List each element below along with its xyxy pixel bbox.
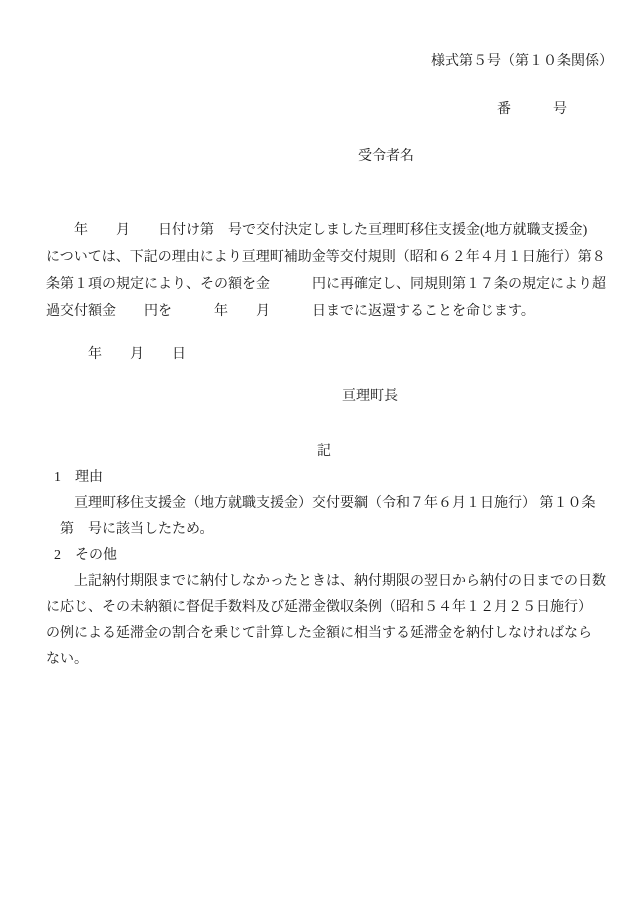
section-2-line-4: ない。 (0, 647, 630, 673)
document-page: 様式第５号（第１０条関係） 番 号 受令者名 年 月 日付け第 号で交付決定しま… (0, 0, 630, 903)
issuer-title: 亘理町長 (0, 383, 630, 410)
section-1-line-1: 亘理町移住支援金（地方就職支援金）交付要綱（令和７年６月１日施行） 第１０条 (0, 491, 630, 517)
section-2: 2 その他 上記納付期限までに納付しなかったときは、納付期限の翌日から納付の日ま… (0, 543, 630, 673)
section-2-title: 2 その他 (0, 543, 630, 569)
document-number-field: 番 号 (0, 96, 630, 123)
issue-date-line: 年 月 日 (0, 341, 630, 368)
spacer (0, 75, 630, 96)
section-2-line-3: の例による延滞金の割合を乗じて計算した金額に相当する延滞金を納付しなければなら (0, 621, 630, 647)
body-paragraph-line-1: 年 月 日付け第 号で交付決定しました亘理町移住支援金(地方就職支援金) (0, 217, 630, 244)
section-1: 1 理由 亘理町移住支援金（地方就職支援金）交付要綱（令和７年６月１日施行） 第… (0, 465, 630, 543)
recipient-name-label: 受令者名 (0, 143, 630, 170)
body-paragraph-line-3: 条第１項の規定により、その額を金 円に再確定し、同規則第１７条の規定により超 (0, 271, 630, 298)
body-paragraph-line-4: 過交付額金 円を 年 月 日までに返還することを命じます。 (0, 298, 630, 325)
section-1-title: 1 理由 (0, 465, 630, 491)
spacer (0, 410, 630, 438)
spacer (0, 325, 630, 341)
section-1-line-2: 第 号に該当したため。 (0, 517, 630, 543)
spacer (0, 123, 630, 143)
spacer (0, 170, 630, 217)
spacer (0, 368, 630, 383)
body-paragraph-line-2: については、下記の理由により亘理町補助金等交付規則（昭和６２年４月１日施行）第８ (0, 244, 630, 271)
section-2-line-1: 上記納付期限までに納付しなかったときは、納付期限の翌日から納付の日までの日数 (0, 569, 630, 595)
section-2-line-2: に応じ、その未納額に督促手数料及び延滞金徴収条例（昭和５４年１２月２５日施行） (0, 595, 630, 621)
ki-heading: 記 (0, 438, 630, 465)
form-label: 様式第５号（第１０条関係） (0, 48, 630, 75)
